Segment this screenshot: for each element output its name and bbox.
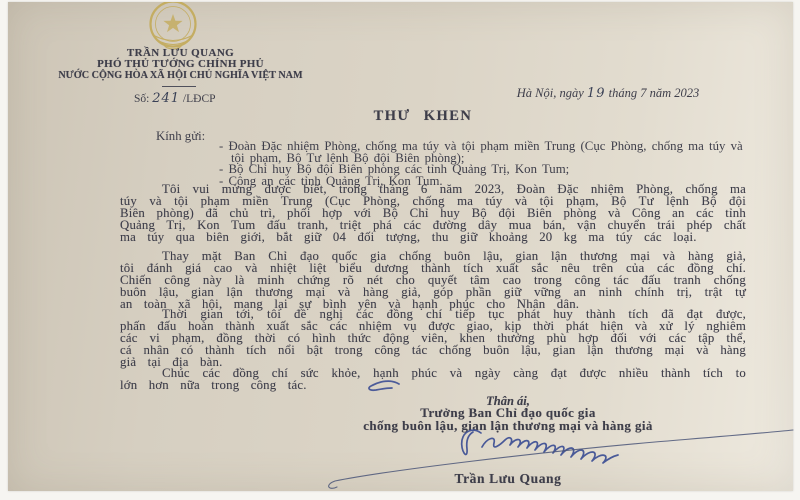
body-paragraph-1: Tôi vui mừng được biết, trong tháng 6 nă…	[120, 184, 746, 244]
body-paragraph-3: Thời gian tới, tôi đề nghị các đồng chí …	[120, 309, 746, 369]
signer-name: Trần Lưu Quang	[263, 471, 753, 487]
letterhead: TRẦN LƯU QUANG PHÓ THỦ TƯỚNG CHÍNH PHỦ N…	[33, 47, 328, 81]
ref-label: Số:	[134, 93, 149, 105]
body-paragraph-4: Chúc các đồng chí sức khỏe, hạnh phúc và…	[120, 368, 746, 392]
reference-number: Số: 241 /LĐCP	[134, 91, 216, 106]
dateline-prefix: Hà Nội, ngày	[517, 86, 584, 100]
letter-photo: TRẦN LƯU QUANG PHÓ THỦ TƯỚNG CHÍNH PHỦ N…	[0, 0, 800, 500]
letter-page: TRẦN LƯU QUANG PHÓ THỦ TƯỚNG CHÍNH PHỦ N…	[8, 2, 793, 491]
sender-title: PHÓ THỦ TƯỚNG CHÍNH PHỦ	[33, 59, 328, 70]
recipient-list: - Đoàn Đặc nhiệm Phòng, chống ma túy và …	[219, 141, 753, 187]
ref-number-handwritten: 241	[152, 91, 180, 106]
vietnam-national-emblem-icon	[130, 2, 216, 52]
recipient-item: - Đoàn Đặc nhiệm Phòng, chống ma túy và …	[219, 141, 753, 164]
dateline-day-handwritten: 19	[587, 86, 606, 101]
dateline: Hà Nội, ngày 19 tháng 7 năm 2023	[458, 86, 758, 101]
ref-suffix: /LĐCP	[183, 93, 216, 105]
closing-block: Thân ái, Trưởng Ban Chỉ đạo quốc gia chố…	[263, 395, 753, 432]
letter-title: THƯ KHEN	[123, 108, 723, 125]
country-line: NƯỚC CỘNG HÒA XÃ HỘI CHỦ NGHĨA VIỆT NAM	[33, 70, 328, 81]
dateline-suffix: tháng 7 năm 2023	[609, 86, 700, 100]
signer-title-line2: chống buôn lậu, gian lận thương mại và h…	[263, 420, 753, 433]
letterhead-divider	[162, 86, 196, 87]
salutation: Kính gửi:	[156, 129, 205, 144]
body-paragraph-2: Thay mặt Ban Chỉ đạo quốc gia chống buôn…	[120, 251, 746, 311]
